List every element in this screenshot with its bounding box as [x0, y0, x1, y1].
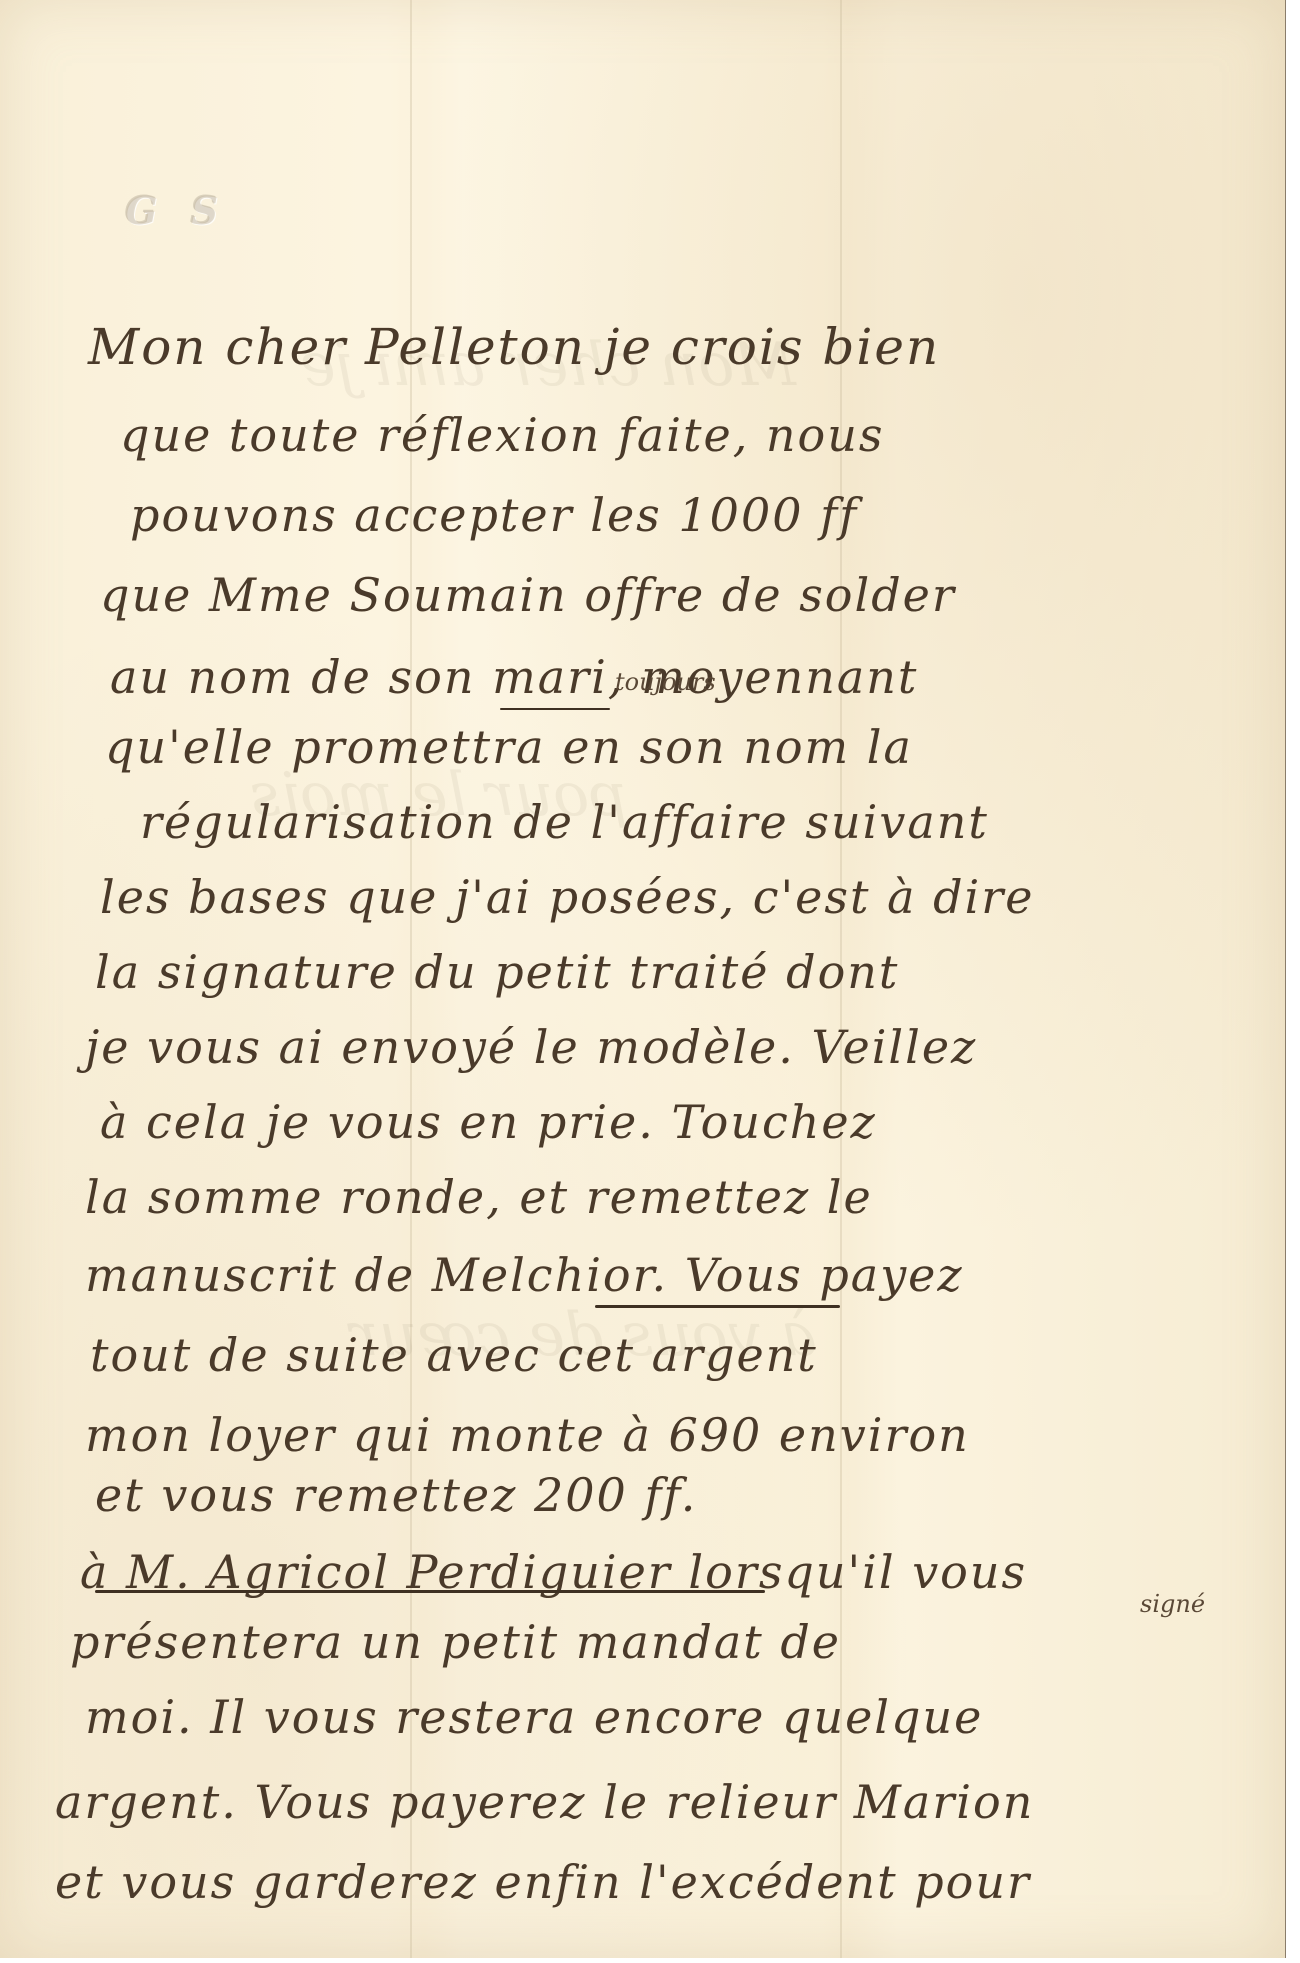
letter-line-19: moi. Il vous restera encore quelque	[85, 1690, 983, 1744]
underline-agricol-perdiguier	[95, 1590, 765, 1593]
letter-line-5: au nom de son mari, moyennant	[110, 650, 918, 704]
letter-line-7: régularisation de l'affaire suivant	[140, 795, 989, 849]
letter-line-16: et vous remettez 200 ff.	[95, 1468, 697, 1522]
letter-line-6: qu'elle promettra en son nom la	[105, 720, 913, 774]
letter-line-1: Mon cher Pelleton je crois bien	[88, 318, 940, 376]
letter-line-18: présentera un petit mandat de	[70, 1615, 841, 1669]
letter-line-14: tout de suite avec cet argent	[90, 1328, 818, 1382]
insertion-toujours: toujours	[615, 668, 716, 696]
underline-melchior	[595, 1305, 840, 1308]
letter-line-8: les bases que j'ai posées, c'est à dire	[100, 870, 1034, 924]
letter-line-2: que toute réflexion faite, nous	[120, 408, 885, 462]
letter-line-21: et vous garderez enfin l'excédent pour	[55, 1855, 1031, 1909]
letter-line-13: manuscrit de Melchior. Vous payez	[85, 1248, 964, 1302]
embossed-monogram: G S	[125, 188, 228, 233]
insertion-mark	[500, 708, 610, 710]
letter-line-10: je vous ai envoyé le modèle. Veillez	[85, 1020, 977, 1074]
letter-line-11: à cela je vous en prie. Touchez	[100, 1095, 877, 1149]
letter-line-4: que Mme Soumain offre de solder	[100, 568, 956, 622]
letter-line-20: argent. Vous payerez le relieur Marion	[55, 1775, 1034, 1829]
letter-line-12: la somme ronde, et remettez le	[85, 1170, 873, 1224]
insertion-signe: signé	[1140, 1590, 1205, 1618]
letter-line-9: la signature du petit traité dont	[95, 945, 899, 999]
letter-paper: G S Mon cher ami je pour le mois à vous …	[0, 0, 1286, 1958]
letter-line-15: mon loyer qui monte à 690 environ	[85, 1408, 970, 1462]
letter-line-3: pouvons accepter les 1000 ff	[130, 488, 858, 542]
